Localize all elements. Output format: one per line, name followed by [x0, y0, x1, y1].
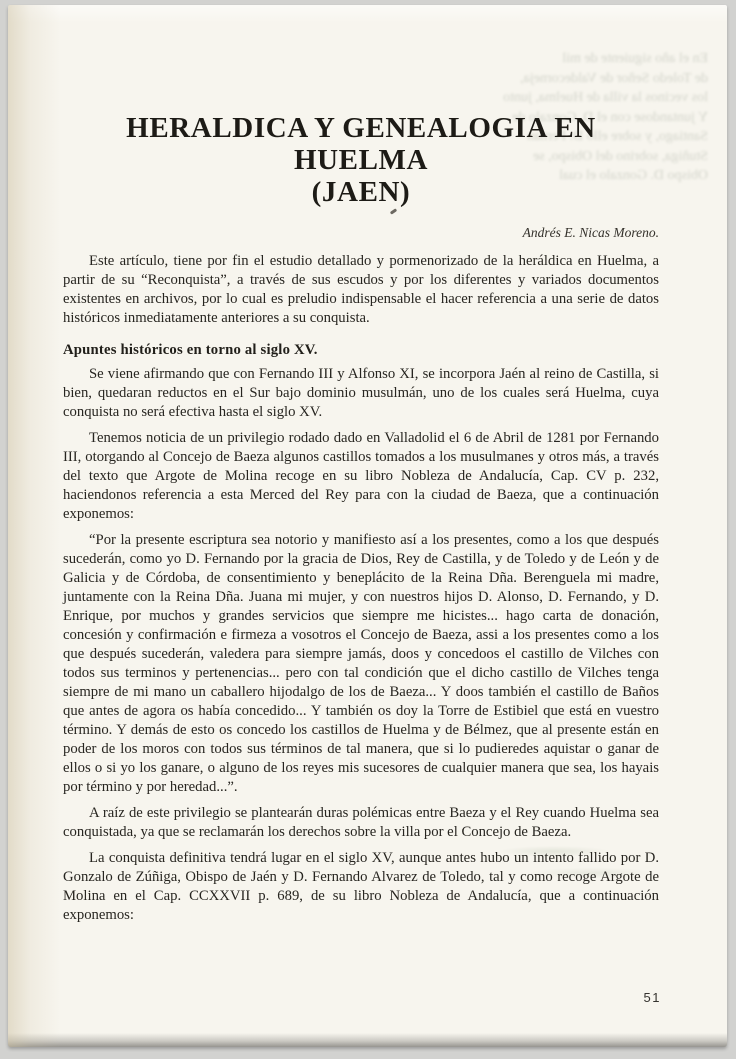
document-page: En el año siguiente de mil de Toledo Señ… [8, 5, 727, 1047]
article-body: Este artículo, tiene por fin el estudio … [63, 252, 659, 925]
article-content: HERALDICA Y GENEALOGIA EN HUELMA (JAEN) … [63, 5, 659, 1047]
paragraph-reconquest: Se viene afirmando que con Fernando III … [63, 365, 659, 422]
author-byline: Andrés E. Nicas Moreno. [63, 225, 659, 241]
quoted-privilege-text: “Por la presente escriptura sea notorio … [63, 531, 659, 797]
article-title: HERALDICA Y GENEALOGIA EN HUELMA (JAEN) [63, 113, 659, 209]
article-title-line1: HERALDICA Y GENEALOGIA EN HUELMA [126, 112, 596, 176]
article-title-line2: (JAEN) [312, 176, 411, 208]
section-heading: Apuntes históricos en torno al siglo XV. [63, 341, 659, 360]
paragraph-conquest: La conquista definitiva tendrá lugar en … [63, 849, 659, 925]
paragraph-dispute: A raíz de este privilegio se plantearán … [63, 804, 659, 842]
page-number: 51 [644, 990, 661, 1005]
scanned-page-background: En el año siguiente de mil de Toledo Señ… [0, 0, 736, 1059]
paragraph-intro: Este artículo, tiene por fin el estudio … [63, 252, 659, 328]
paragraph-privilege-intro: Tenemos noticia de un privilegio rodado … [63, 429, 659, 524]
